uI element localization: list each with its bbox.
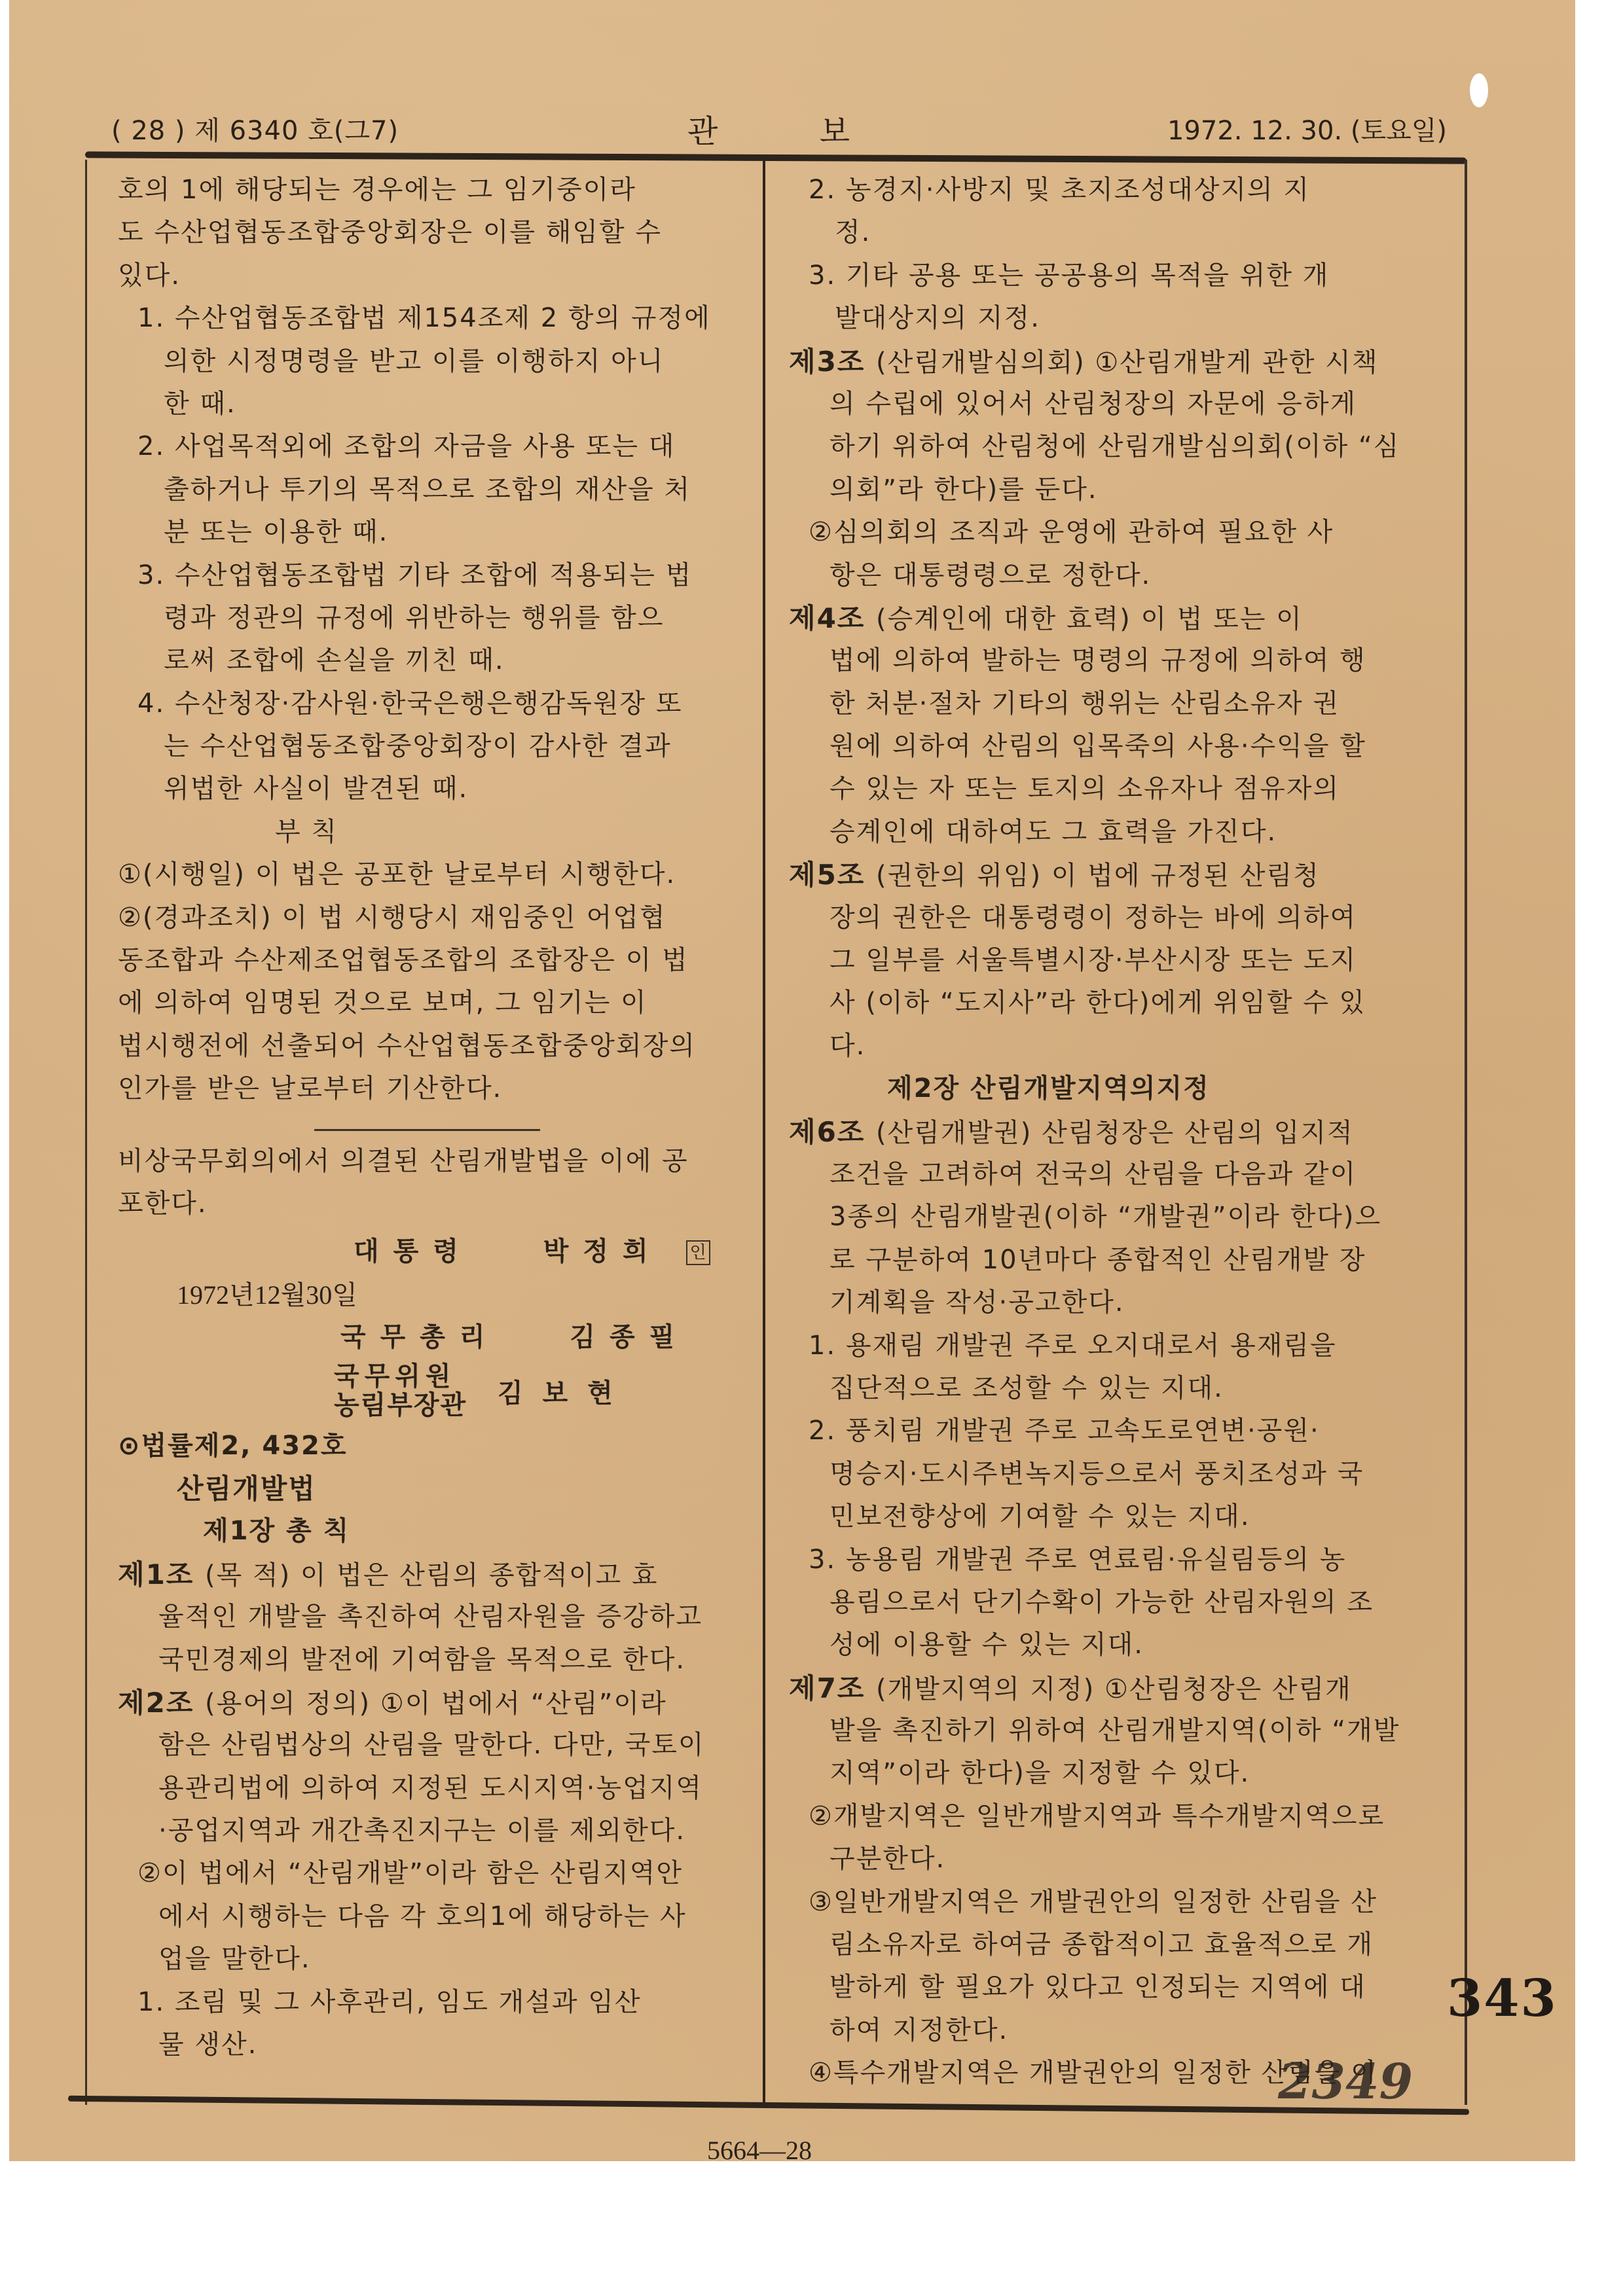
article-heading-line: 제1조 (목 적) 이 법은 산림의 종합적이고 효 [118,1553,746,1596]
minister-title-1: 국무위원 [334,1362,456,1391]
issue-number: ( 28 ) 제 6340 호(그7) [111,110,399,147]
list-item-line: 위법한 사실이 발견된 때. [118,768,746,810]
article-line: 3. 농용림 개발권 주로 연료림·유실림등의 농 [789,1539,1450,1581]
item-list: 1. 수산업협동조합법 제154조제 2 항의 규정에의한 시정명령을 받고 이… [118,297,746,811]
publication-title: 관 보 [687,106,850,151]
article-line: 하기 위하여 산림청에 산림개발심의회(이하 “심 [789,425,1450,468]
promulgation-date: 1972년12월30일 [118,1274,746,1316]
article-heading-line: 제2조 (용어의 정의) ①이 법에서 “산림”이라 [118,1681,746,1724]
article-line: ③일반개발지역은 개발권안의 일정한 산림을 산 [789,1881,1450,1924]
article-line: 법에 의하여 발하는 명령의 규정에 의하여 행 [789,639,1450,682]
article-line: 명승지·도시주변녹지등으로서 풍치조성과 국 [789,1453,1450,1496]
seal-icon: 인 [686,1240,710,1265]
article-heading-line: 제6조 (산림개발권) 산림청장은 산림의 입지적 [789,1111,1450,1153]
list-item-line: 2. 농경지·사방지 및 초지조성대상지의 지 [789,169,1450,211]
article-text: (산림개발권) 산림청장은 산림의 입지적 [876,1118,1354,1148]
article-line: 율적인 개발을 촉진하여 산림자원을 증강하고 [118,1596,746,1638]
article-line: 성에 이용할 수 있는 지대. [789,1624,1450,1666]
list-item-line: 분 또는 이용한 때. [118,511,746,554]
supplementary-line: 에 의하여 임명된 것으로 보며, 그 임기는 이 [118,982,746,1024]
article-line: 다. [789,1025,1450,1067]
pm-name: 김종필 [570,1322,689,1352]
article-line: 의회”라 한다)를 둔다. [789,469,1450,511]
article-line: 물 생산. [118,2024,746,2066]
paper-tear [1470,73,1488,107]
article-text: (목 적) 이 법은 산림의 종합적이고 효 [205,1560,658,1590]
right-column: 2. 농경지·사방지 및 초지조성대상지의 지정.3. 기타 공용 또는 공공용… [789,169,1450,2095]
supplementary-heading: 부 칙 [118,811,746,853]
pm-title: 국무총리 [340,1322,500,1352]
article-line: 하여 지정한다. [789,2009,1450,2052]
article-text: (권한의 위임) 이 법에 규정된 산림청 [876,861,1320,891]
supplementary-provisions: ①(시행일) 이 법은 공포한 날로부터 시행한다.②(경과조치) 이 법 시행… [118,853,746,1110]
article-line: 에서 시행하는 다음 각 호의1에 해당하는 사 [118,1895,746,1938]
article-line: 원에 의하여 산림의 입목죽의 사용·수익을 할 [789,725,1450,768]
article-line: 항은 대통령령으로 정한다. [789,554,1450,597]
article-line: ②이 법에서 “산림개발”이라 함은 산림지역안 [118,1852,746,1895]
president-signature: 대통령 박정희 인 [118,1230,746,1273]
prime-minister-signature: 국무총리 김종필 [118,1316,746,1359]
article-line: 3종의 산림개발권(이하 “개발권”이라 한다)으 [789,1196,1450,1238]
article-heading-line: 제5조 (권한의 위임) 이 법에 규정된 산림청 [789,853,1450,896]
chapter-1-heading: 제1장 총 칙 [118,1510,746,1552]
issue-date: 1972. 12. 30. (토요일) [1167,110,1447,147]
article-line: 사 (이하 “도지사”라 한다)에게 위임할 수 있 [789,982,1450,1024]
article-line: 구분한다. [789,1838,1450,1880]
supplementary-line: 인가를 받은 날로부터 기산한다. [118,1067,746,1110]
article-label: 제2조 [118,1687,205,1719]
article-line: 2. 풍치림 개발권 주로 고속도로연변·공원· [789,1410,1450,1452]
left-column: 호의 1에 해당되는 경우에는 그 임기중이라도 수산업협동조합중앙회장은 이를… [118,169,746,2066]
list-item-line: 3. 기타 공용 또는 공공용의 목적을 위한 개 [789,255,1450,297]
list-item-line: 의한 시정명령을 받고 이를 이행하지 아니 [118,340,746,383]
article-line: 로 구분하여 10년마다 종합적인 산림개발 장 [789,1239,1450,1282]
minister-signature: 국무위원 농림부장관 김보현 [118,1359,746,1425]
article-line: 국민경제의 발전에 기여함을 목적으로 한다. [118,1639,746,1681]
list-item-line: 2. 사업목적외에 조합의 자금을 사용 또는 대 [118,425,746,468]
article-label: 제5조 [789,859,876,891]
law-title: 산림개발법 [118,1467,746,1510]
left-border [85,160,87,2105]
supplementary-line: 동조합과 수산제조업협동조합의 조합장은 이 법 [118,939,746,982]
article-label: 제6조 [789,1116,876,1148]
article-line: 한 처분·절차 기타의 행위는 산림소유자 권 [789,683,1450,725]
list-item-line: 는 수산업협동조합중앙회장이 감사한 결과 [118,725,746,768]
article-line: 함은 산림법상의 산림을 말한다. 다만, 국토이 [118,1724,746,1767]
article-line: 수 있는 자 또는 토지의 소유자나 점유자의 [789,768,1450,810]
article-text: (용어의 정의) ①이 법에서 “산림”이라 [205,1689,667,1719]
article-line: 림소유자로 하여금 종합적이고 효율적으로 개 [789,1924,1450,1966]
supplementary-line: 법시행전에 선출되어 수산업협동조합중앙회장의 [118,1025,746,1067]
article-label: 제1조 [118,1558,205,1590]
supplementary-line: ①(시행일) 이 법은 공포한 날로부터 시행한다. [118,853,746,896]
article-text: (승계인에 대한 효력) 이 법 또는 이 [876,604,1303,634]
column-divider [763,160,765,2104]
list-item-line: 1. 수산업협동조합법 제154조제 2 항의 규정에 [118,297,746,340]
articles-6-7: 제6조 (산림개발권) 산림청장은 산림의 입지적조건을 고려하여 전국의 산림… [789,1111,1450,2095]
article-heading-line: 제4조 (승계인에 대한 효력) 이 법 또는 이 [789,597,1450,639]
articles-1-2: 제1조 (목 적) 이 법은 산림의 종합적이고 효율적인 개발을 촉진하여 산… [118,1553,746,2067]
article-line: ·공업지역과 개간촉진지구는 이를 제외한다. [118,1810,746,1852]
chapter-2-heading: 제2장 산림개발지역의지정 [789,1067,1450,1110]
president-title: 대통령 [354,1236,473,1266]
article-heading-line: 제7조 (개발지역의 지정) ①산림청장은 산림개 [789,1667,1450,1710]
article-label: 제3조 [789,346,876,378]
article-line: ②심의회의 조직과 운영에 관하여 필요한 사 [789,511,1450,554]
right-border [1465,160,1467,2105]
law-number: ⊙법률제2, 432호 [118,1425,746,1467]
article-line: 그 일부를 서울특별시장·부산시장 또는 도지 [789,939,1450,982]
text-line: 도 수산업협동조합중앙회장은 이를 해임할 수 [118,211,746,254]
article-line: 1. 조림 및 그 사후관리, 임도 개설과 임산 [118,1981,746,2024]
text-line: 있다. [118,255,746,297]
list-item-line: 출하거나 투기의 목적으로 조합의 재산을 처 [118,469,746,511]
president-name: 박정희 [543,1236,663,1266]
article-line: 업을 말한다. [118,1938,746,1981]
article-text: (산림개발심의회) ①산림개발게 관한 시책 [876,348,1378,378]
list-item-line: 한 때. [118,383,746,425]
articles-3-5: 제3조 (산림개발심의회) ①산림개발게 관한 시책의 수립에 있어서 산림청장… [789,340,1450,1068]
continuation-text: 호의 1에 해당되는 경우에는 그 임기중이라도 수산업협동조합중앙회장은 이를… [118,169,746,297]
list-item-line: 3. 수산업협동조합법 기타 조합에 적용되는 법 [118,554,746,597]
article-heading-line: 제3조 (산림개발심의회) ①산림개발게 관한 시책 [789,340,1450,383]
minister-name: 김보현 [498,1372,632,1415]
article-line: 민보전향상에 기여할 수 있는 지대. [789,1496,1450,1538]
article-line: 용림으로서 단기수확이 가능한 산림자원의 조 [789,1581,1450,1624]
print-code: 5664—28 [707,2135,812,2166]
text-line: 호의 1에 해당되는 경우에는 그 임기중이라 [118,169,746,211]
article-label: 제7조 [789,1672,876,1704]
article-line: 의 수립에 있어서 산림청장의 자문에 응하게 [789,383,1450,425]
article-line: 승계인에 대하여도 그 효력을 가진다. [789,811,1450,853]
promulgation-line: 비상국무회의에서 의결된 산림개발법을 이에 공 [118,1140,746,1183]
article-line: 기계획을 작성·공고한다. [789,1282,1450,1324]
list-item-line: 발대상지의 지정. [789,297,1450,340]
promulgation-text: 비상국무회의에서 의결된 산림개발법을 이에 공포한다. [118,1140,746,1226]
minister-title-2: 농림부장관 [334,1391,467,1420]
article-label: 제4조 [789,602,876,634]
section-separator [314,1129,540,1131]
list-item-line: 령과 정관의 규정에 위반하는 행위를 함으 [118,597,746,639]
supplementary-line: ②(경과조치) 이 법 시행당시 재임중인 어업협 [118,897,746,939]
page-header: ( 28 ) 제 6340 호(그7) 관 보 1972. 12. 30. (토… [111,110,1447,149]
list-item-line: 로써 조합에 손실을 끼친 때. [118,639,746,682]
article-line: 집단적으로 조성할 수 있는 지대. [789,1367,1450,1410]
article-line: 장의 권한은 대통령령이 정하는 바에 의하여 [789,897,1450,939]
article-line: 조건을 고려하여 전국의 산림을 다음과 같이 [789,1153,1450,1196]
article-line: 발을 촉진하기 위하여 산림개발지역(이하 “개발 [789,1710,1450,1752]
page-number-stamp: 343 [1447,1969,1558,2028]
list-item-line: 4. 수산청장·감사원·한국은행은행감독원장 또 [118,683,746,725]
article-line: 지역”이라 한다)을 지정할 수 있다. [789,1752,1450,1795]
article-line: 1. 용재림 개발권 주로 오지대로서 용재림을 [789,1325,1450,1367]
continuation-items: 2. 농경지·사방지 및 초지조성대상지의 지정.3. 기타 공용 또는 공공용… [789,169,1450,340]
sheet-number-stamp: 2349 [1278,2054,1413,2110]
article-line: 용관리법에 의하여 지정된 도시지역·농업지역 [118,1767,746,1810]
article-line: 발하게 할 필요가 있다고 인정되는 지역에 대 [789,1966,1450,2009]
promulgation-line: 포한다. [118,1183,746,1225]
list-item-line: 정. [789,211,1450,254]
article-text: (개발지역의 지정) ①산림청장은 산림개 [876,1674,1352,1704]
article-line: ②개발지역은 일반개발지역과 특수개발지역으로 [789,1795,1450,1838]
